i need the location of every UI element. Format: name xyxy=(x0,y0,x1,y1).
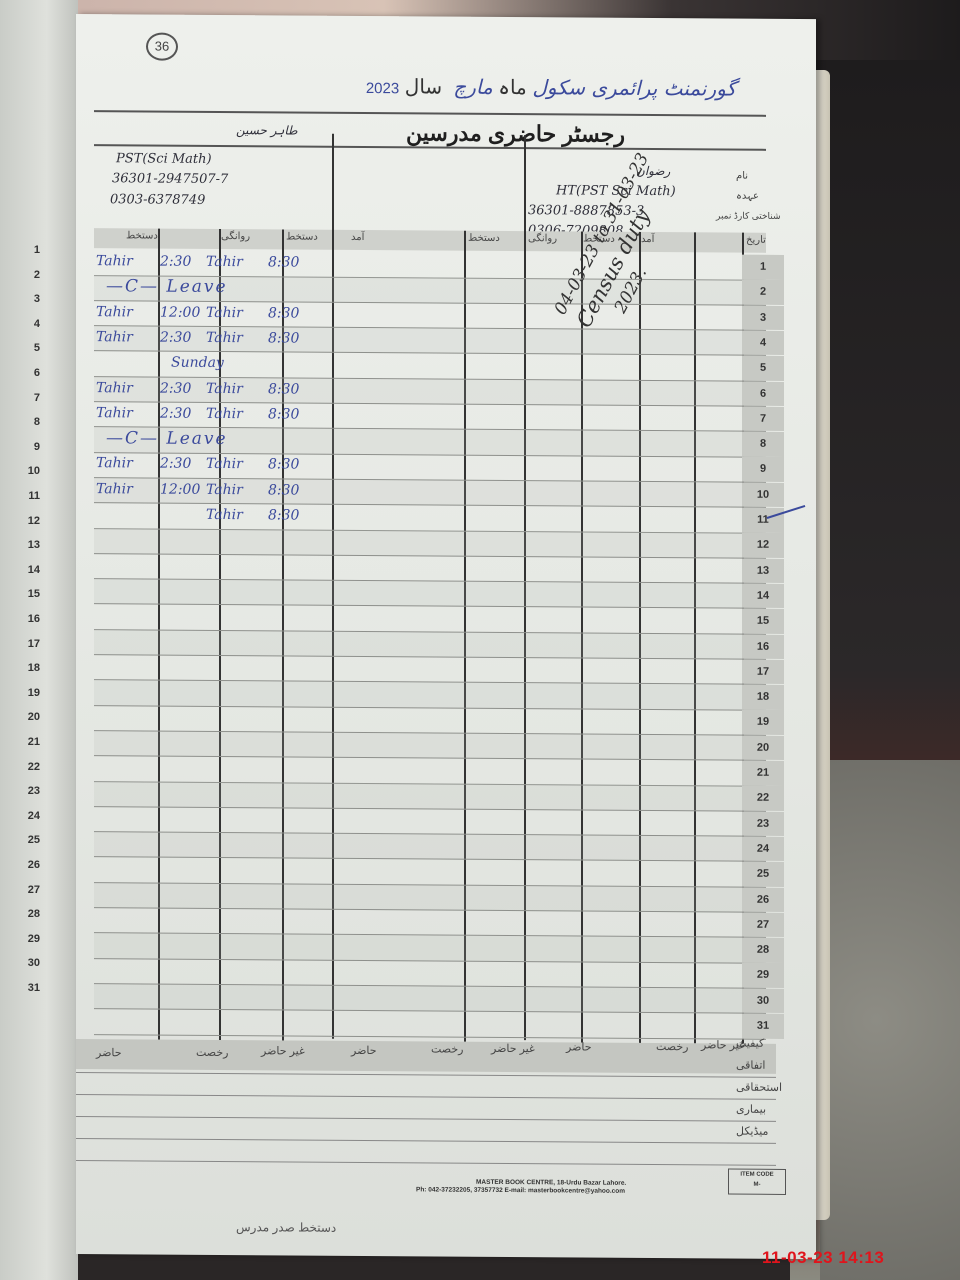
arrival-time: 8:30 xyxy=(268,327,299,349)
day-number: 31 xyxy=(742,1014,784,1039)
column-header: روانگی xyxy=(221,231,250,242)
arrival-time: 8:30 xyxy=(268,302,299,324)
day-number: 27 xyxy=(742,912,784,937)
departure-time: 12:00 xyxy=(160,478,200,500)
day-number: 19 xyxy=(742,710,784,735)
day-number: 9 xyxy=(742,457,784,482)
arrival-signature: Tahir xyxy=(206,453,243,475)
left-page-day-number: 11 xyxy=(0,490,40,502)
left-page: 1234567891011121314151617181920212223242… xyxy=(0,0,78,1280)
arrival-signature: Tahir xyxy=(206,377,243,399)
left-page-day-number: 13 xyxy=(0,539,40,551)
arrival-signature: Tahir xyxy=(206,302,243,324)
left-page-day-number: 26 xyxy=(0,859,40,871)
summary-column-label: رخصت xyxy=(431,1042,463,1055)
day-number: 4 xyxy=(742,331,784,356)
left-page-day-number: 17 xyxy=(0,638,40,650)
item-code-box: ITEM CODE M- xyxy=(728,1169,786,1195)
column-header: دستخط xyxy=(126,230,158,241)
attendance-row: 31 xyxy=(94,1009,766,1039)
departure-signature: Tahir xyxy=(96,402,133,424)
column-header: دستخط xyxy=(286,231,318,242)
left-page-day-number: 19 xyxy=(0,687,40,699)
year-label: سال xyxy=(405,76,442,98)
teacher-1-name: طاہر حسین xyxy=(236,123,298,137)
summary-column-label: حاضر xyxy=(351,1043,377,1056)
headmaster-signature: دستخط صدر مدرس xyxy=(236,1220,336,1235)
departure-time: 12:00 xyxy=(160,301,200,323)
arrival-time: 8:30 xyxy=(268,403,299,425)
left-page-day-number: 8 xyxy=(0,416,40,428)
arrival-signature: Tahir xyxy=(206,479,243,501)
summary-column-label: حاضر xyxy=(566,1040,592,1053)
day-number: 5 xyxy=(742,356,784,381)
register-title: رجسٹر حاضری مدرسین xyxy=(406,120,625,148)
teacher-1-phone: 0303-6378749 xyxy=(110,192,205,208)
item-code-label: ITEM CODE xyxy=(729,1170,785,1180)
arrival-signature: Tahir xyxy=(206,504,243,526)
left-page-day-number: 18 xyxy=(0,662,40,674)
left-page-day-number: 15 xyxy=(0,588,40,600)
summary-column-label: حاضر xyxy=(96,1046,122,1059)
summary-row-line xyxy=(76,1138,776,1144)
divider xyxy=(94,110,766,117)
summary-column-label: غیر حاضر xyxy=(491,1041,535,1054)
left-page-day-number: 20 xyxy=(0,711,40,723)
day-number: 14 xyxy=(742,584,784,609)
day-number: 16 xyxy=(742,634,784,659)
arrival-time: 8:30 xyxy=(268,378,299,400)
arrival-time: 8:30 xyxy=(268,504,299,526)
departure-signature: Tahir xyxy=(96,326,133,348)
label-name: نام xyxy=(736,171,748,182)
day-number: 6 xyxy=(742,381,784,406)
day-number: 7 xyxy=(742,406,784,431)
publisher-contact: Ph: 042-37232205, 37357732 E-mail: maste… xyxy=(416,1186,626,1195)
day-number: 28 xyxy=(742,938,784,963)
left-page-day-number: 31 xyxy=(0,982,40,994)
arrival-signature: Tahir xyxy=(206,251,243,273)
left-page-day-number: 1 xyxy=(0,244,40,256)
arrival-time: 8:30 xyxy=(268,454,299,476)
left-page-day-number: 10 xyxy=(0,465,40,477)
departure-signature: Tahir xyxy=(96,301,133,323)
left-page-day-number: 7 xyxy=(0,392,40,404)
day-number: 2 xyxy=(742,280,784,305)
day-number: 12 xyxy=(742,533,784,558)
arrival-signature: Tahir xyxy=(206,327,243,349)
day-number: 30 xyxy=(742,988,784,1013)
departure-signature: Tahir xyxy=(96,377,133,399)
attendance-note: —C— Leave xyxy=(106,276,228,299)
summary-row-label: بیماری xyxy=(736,1103,766,1116)
label-designation: عہدہ xyxy=(736,191,759,202)
day-number: 18 xyxy=(742,685,784,710)
register-page: 36 گورنمنٹ پرائمری سکول ماہ مارچ سال 202… xyxy=(76,14,816,1259)
departure-signature: Tahir xyxy=(96,478,133,500)
left-page-day-number: 16 xyxy=(0,613,40,625)
day-number: 20 xyxy=(742,735,784,760)
summary-row-label: اتفاقی xyxy=(736,1059,765,1072)
day-number: 23 xyxy=(742,811,784,836)
left-page-day-number: 29 xyxy=(0,933,40,945)
day-number: 8 xyxy=(742,432,784,457)
left-page-day-number: 9 xyxy=(0,441,40,453)
label-cnic: شناختی کارڈ نمبر xyxy=(716,210,781,221)
summary-column-label: رخصت xyxy=(656,1040,688,1053)
summary-row-label: کیفیت xyxy=(736,1037,764,1050)
left-page-day-number: 30 xyxy=(0,957,40,969)
summary-row-label: میڈیکل xyxy=(736,1125,768,1138)
departure-signature: Tahir xyxy=(96,250,133,272)
summary-row-line xyxy=(76,1160,776,1166)
left-page-day-number: 23 xyxy=(0,785,40,797)
publisher-footer: MASTER BOOK CENTRE, 18-Urdu Bazar Lahore… xyxy=(416,1178,626,1195)
day-number: 1 xyxy=(742,255,784,280)
month-value: مارچ xyxy=(453,75,492,99)
left-page-day-number: 3 xyxy=(0,293,40,305)
day-number: 13 xyxy=(742,558,784,583)
title-line: گورنمنٹ پرائمری سکول ماہ مارچ سال 2023 xyxy=(96,72,736,101)
arrival-time: 8:30 xyxy=(268,251,299,273)
day-number: 24 xyxy=(742,837,784,862)
left-page-day-number: 21 xyxy=(0,736,40,748)
day-number: 26 xyxy=(742,887,784,912)
left-page-day-number: 25 xyxy=(0,834,40,846)
arrival-signature: Tahir xyxy=(206,403,243,425)
left-page-day-number: 4 xyxy=(0,318,40,330)
left-page-day-number: 27 xyxy=(0,884,40,896)
day-number: 15 xyxy=(742,609,784,634)
departure-signature: Tahir xyxy=(96,453,133,475)
summary-row-line xyxy=(76,1116,776,1122)
day-number: 22 xyxy=(742,786,784,811)
left-page-day-number: 12 xyxy=(0,515,40,527)
day-number: 11 xyxy=(742,508,784,533)
attendance-note: —C— Leave xyxy=(106,427,228,450)
page-number: 36 xyxy=(146,32,178,60)
teacher-1-cnic: 36301-2947507-7 xyxy=(112,171,228,187)
day-number: 21 xyxy=(742,761,784,786)
departure-time: 2:30 xyxy=(160,453,191,475)
year-value: 2023 xyxy=(366,80,399,97)
column-header: آمد xyxy=(351,232,364,243)
camera-timestamp: 11-03-23 14:13 xyxy=(762,1248,884,1268)
departure-time: 2:30 xyxy=(160,402,191,424)
day-number: 29 xyxy=(742,963,784,988)
summary-row-line xyxy=(76,1094,776,1100)
date-column-header: تاریخ xyxy=(746,235,766,246)
day-number: 17 xyxy=(742,659,784,684)
departure-time: 2:30 xyxy=(160,326,191,348)
column-header: روانگی xyxy=(528,233,557,244)
month-label: ماہ xyxy=(498,77,527,99)
teacher-1-designation: PST(Sci Math) xyxy=(116,151,212,167)
summary-column-label: غیر حاضر xyxy=(261,1044,305,1057)
item-code-value: M- xyxy=(729,1180,785,1190)
left-page-day-number: 28 xyxy=(0,908,40,920)
left-page-day-number: 22 xyxy=(0,761,40,773)
attendance-note: Sunday xyxy=(171,352,224,374)
left-page-day-number: 14 xyxy=(0,564,40,576)
summary-row-label: استحقاقی xyxy=(736,1081,782,1094)
left-page-day-number: 5 xyxy=(0,342,40,354)
day-number: 3 xyxy=(742,305,784,330)
day-number: 25 xyxy=(742,862,784,887)
left-page-day-number: 2 xyxy=(0,269,40,281)
arrival-time: 8:30 xyxy=(268,479,299,501)
departure-time: 2:30 xyxy=(160,377,191,399)
departure-time: 2:30 xyxy=(160,251,191,273)
left-page-day-number: 6 xyxy=(0,367,40,379)
column-header: دستخط xyxy=(468,233,500,244)
day-number: 10 xyxy=(742,482,784,507)
summary-column-label: رخصت xyxy=(196,1045,228,1058)
left-page-day-number: 24 xyxy=(0,810,40,822)
background-floor xyxy=(820,760,960,1280)
school-name: گورنمنٹ پرائمری سکول xyxy=(532,75,736,100)
